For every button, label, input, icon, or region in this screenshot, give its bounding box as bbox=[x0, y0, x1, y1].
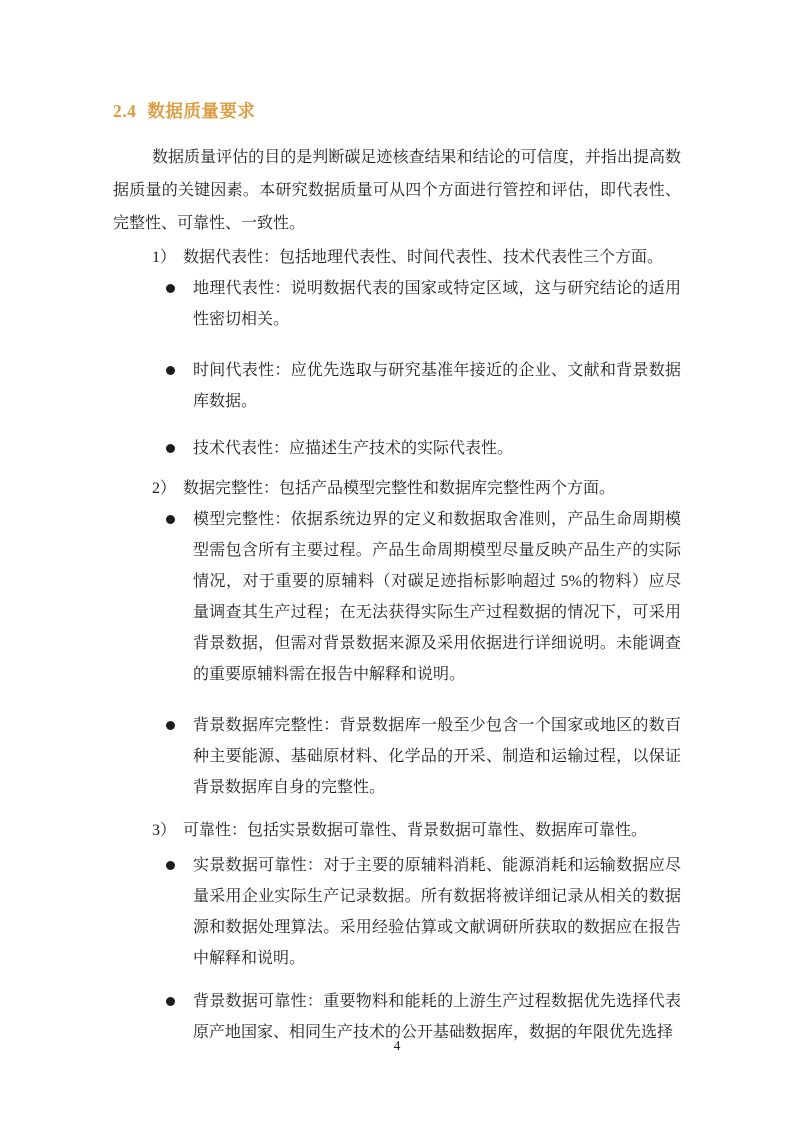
bullet-text: 模型完整性：依据系统边界的定义和数据取舍准则，产品生命周期模型需包含所有主要过程… bbox=[193, 504, 681, 690]
bullet-text: 时间代表性：应优先选取与研究基准年接近的企业、文献和背景数据库数据。 bbox=[193, 355, 681, 417]
section-number: 2.4 bbox=[113, 101, 136, 121]
bullet-item-temporal: 时间代表性：应优先选取与研究基准年接近的企业、文献和背景数据库数据。 bbox=[166, 355, 681, 417]
bullet-item-geographic: 地理代表性：说明数据代表的国家或特定区域，这与研究结论的适用性密切相关。 bbox=[166, 273, 681, 335]
bullet-icon bbox=[166, 710, 193, 803]
page-footer: 4 bbox=[0, 1038, 794, 1054]
bullet-icon bbox=[166, 355, 193, 417]
bullet-item-foreground-reliability: 实景数据可靠性：对于主要的原辅料消耗、能源消耗和运输数据应尽量采用企业实际生产记… bbox=[166, 850, 681, 974]
document-page: 2.4数据质量要求 数据质量评估的目的是判断碳足迹核查结果和结论的可信度，并指出… bbox=[0, 0, 794, 1123]
numbered-item-text: 数据完整性：包括产品模型完整性和数据库完整性两个方面。 bbox=[183, 473, 681, 504]
numbered-item-1: 1） 数据代表性：包括地理代表性、时间代表性、技术代表性三个方面。 bbox=[152, 242, 681, 273]
bullet-icon bbox=[166, 273, 193, 335]
numbered-item-text: 数据代表性：包括地理代表性、时间代表性、技术代表性三个方面。 bbox=[183, 242, 681, 273]
page-number: 4 bbox=[394, 1038, 401, 1053]
numbered-item-3: 3） 可靠性：包括实景数据可靠性、背景数据可靠性、数据库可靠性。 bbox=[152, 815, 681, 846]
bullet-item-model-completeness: 模型完整性：依据系统边界的定义和数据取舍准则，产品生命周期模型需包含所有主要过程… bbox=[166, 504, 681, 690]
numbered-item-marker: 2） bbox=[152, 473, 183, 504]
bullet-icon bbox=[166, 433, 193, 464]
numbered-item-text: 可靠性：包括实景数据可靠性、背景数据可靠性、数据库可靠性。 bbox=[183, 815, 681, 846]
section-title: 数据质量要求 bbox=[147, 101, 255, 121]
bullet-text: 背景数据库完整性：背景数据库一般至少包含一个国家或地区的数百种主要能源、基础原材… bbox=[193, 710, 681, 803]
bullet-icon bbox=[166, 504, 193, 690]
bullet-icon bbox=[166, 850, 193, 974]
bullet-text: 技术代表性：应描述生产技术的实际代表性。 bbox=[193, 433, 681, 464]
numbered-item-marker: 3） bbox=[152, 815, 183, 846]
intro-paragraph: 数据质量评估的目的是判断碳足迹核查结果和结论的可信度，并指出提高数据质量的关键因… bbox=[113, 141, 681, 240]
bullet-text: 实景数据可靠性：对于主要的原辅料消耗、能源消耗和运输数据应尽量采用企业实际生产记… bbox=[193, 850, 681, 974]
bullet-item-database-completeness: 背景数据库完整性：背景数据库一般至少包含一个国家或地区的数百种主要能源、基础原材… bbox=[166, 710, 681, 803]
numbered-item-marker: 1） bbox=[152, 242, 183, 273]
bullet-item-technical: 技术代表性：应描述生产技术的实际代表性。 bbox=[166, 433, 681, 464]
section-heading: 2.4数据质量要求 bbox=[113, 98, 681, 124]
bullet-text: 地理代表性：说明数据代表的国家或特定区域，这与研究结论的适用性密切相关。 bbox=[193, 273, 681, 335]
numbered-item-2: 2） 数据完整性：包括产品模型完整性和数据库完整性两个方面。 bbox=[152, 473, 681, 504]
